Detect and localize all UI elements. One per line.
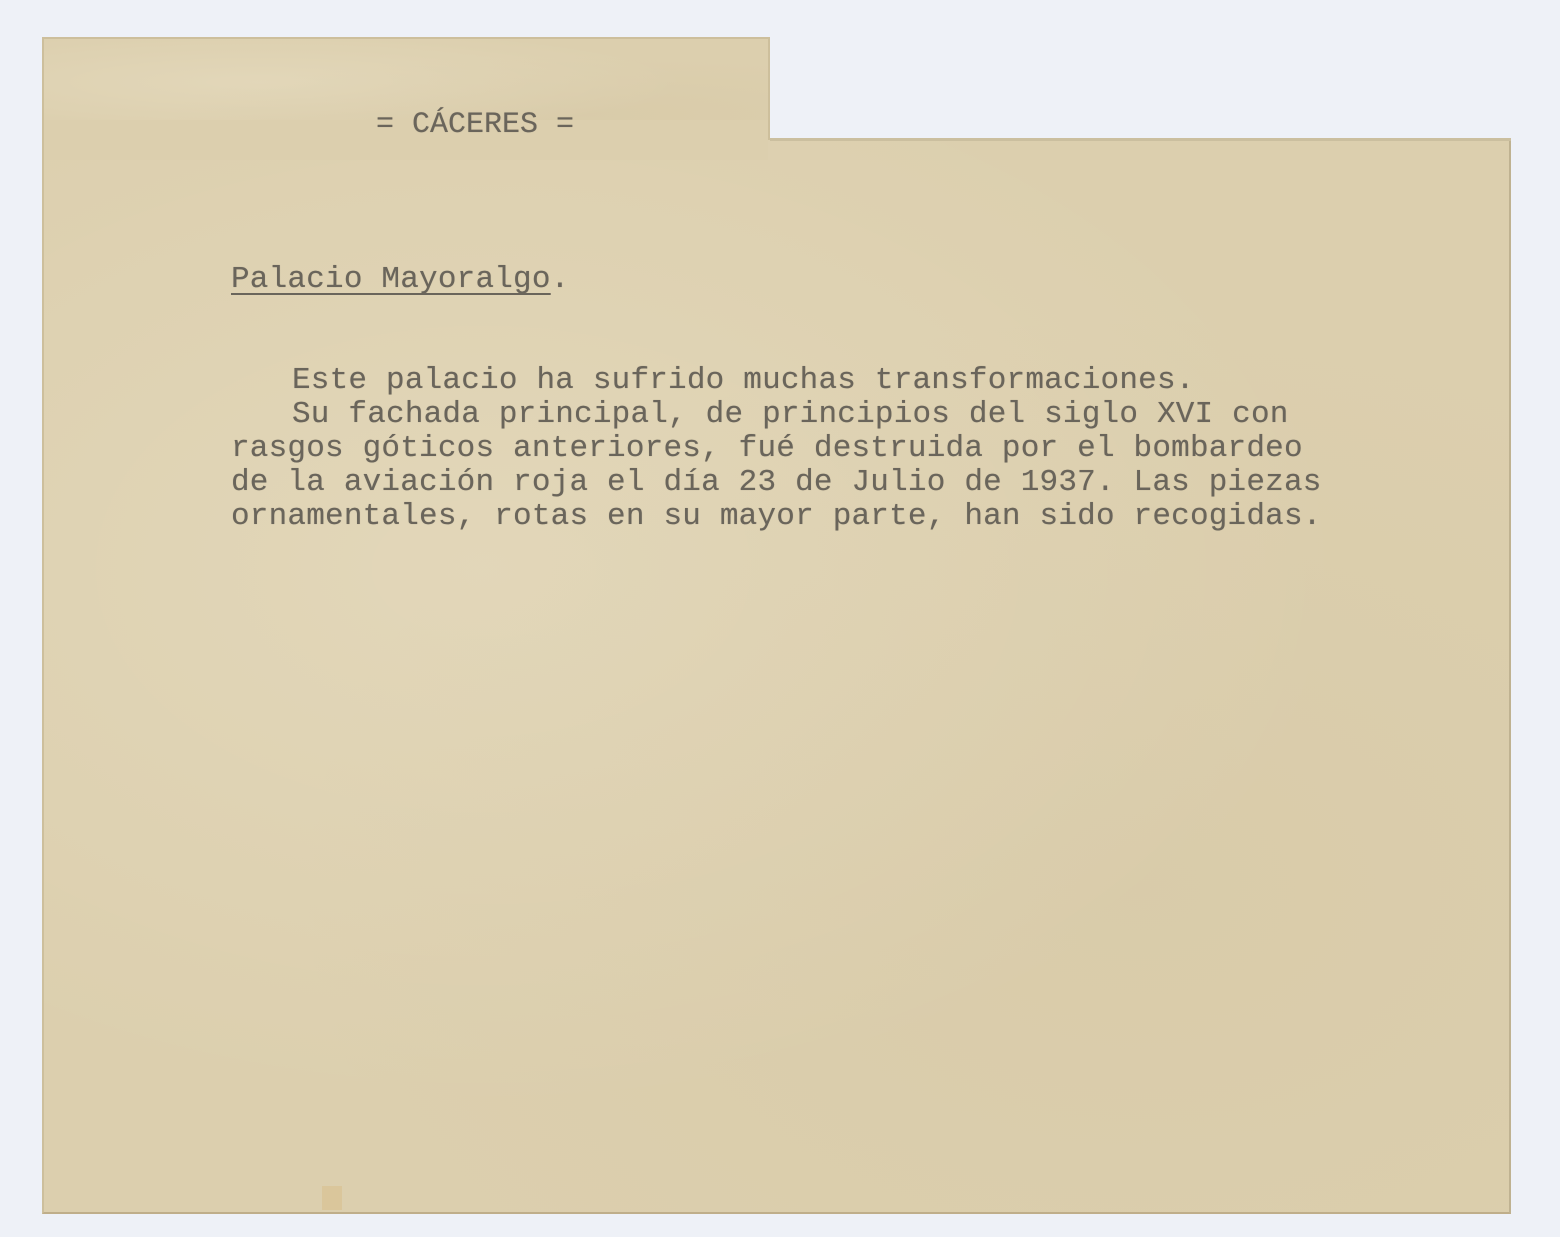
heading-text: Palacio Mayoralgo (231, 262, 551, 297)
index-card: = CÁCERES = Palacio Mayoralgo. Este pala… (0, 0, 1560, 1237)
paragraph-line-4: de la aviación roja el día 23 de Julio d… (231, 466, 1322, 500)
paragraph-line-2: Su fachada principal, de principios del … (292, 398, 1289, 432)
card-body (42, 140, 1511, 1214)
paragraph-line-1: Este palacio ha sufrido muchas transform… (292, 364, 1195, 398)
paragraph-line-5: ornamentales, rotas en su mayor parte, h… (231, 500, 1322, 534)
heading-period: . (551, 262, 570, 297)
paper-stain (322, 1186, 342, 1210)
card-heading: Palacio Mayoralgo. (231, 262, 569, 297)
card-header-city: = CÁCERES = (376, 108, 574, 142)
card-body-top-edge (770, 138, 1511, 141)
paragraph-line-3: rasgos góticos anteriores, fué destruida… (231, 432, 1303, 466)
